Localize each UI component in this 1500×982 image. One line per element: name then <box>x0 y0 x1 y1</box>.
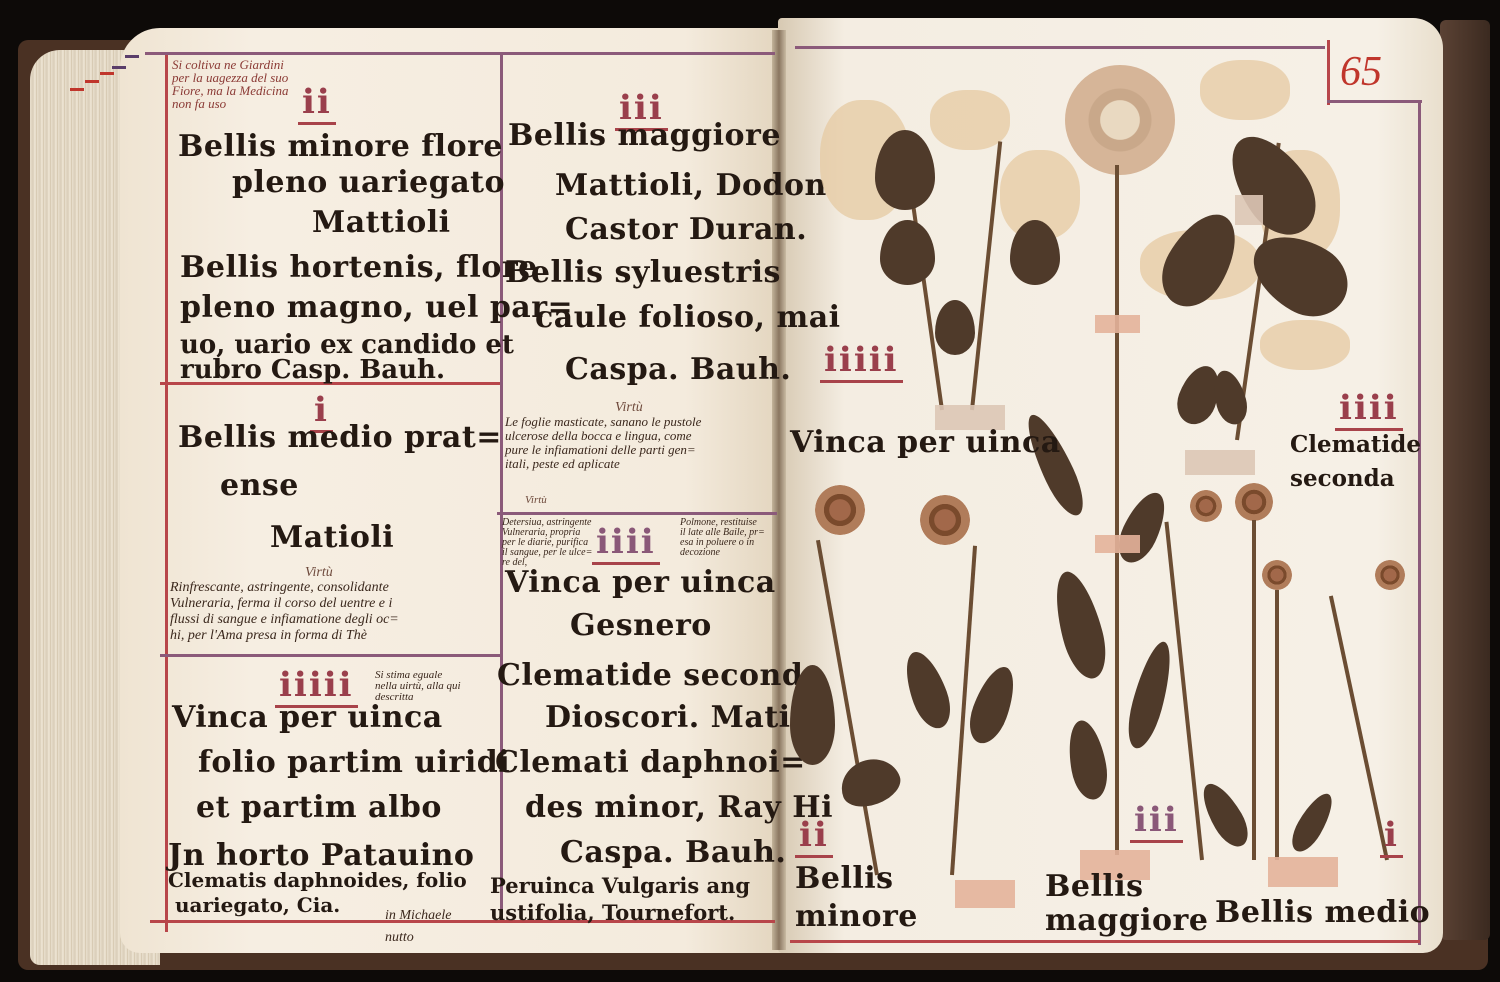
specimen-label: Vinca per uinca <box>790 425 1061 460</box>
daisy-flower-head <box>1262 560 1292 590</box>
authority: Mattioli, Dodon <box>555 168 827 203</box>
daisy-flower-head <box>1375 560 1405 590</box>
virtues-text: Rinfrescante, astringente, consolidante … <box>170 580 399 644</box>
virtues-text: Le foglie masticate, sanano le pustole u… <box>505 415 701 471</box>
entry-line: Vinca per uinca <box>505 565 776 600</box>
authority: uariegato, Cia. <box>175 893 340 917</box>
entry-line: Bellis maggiore <box>508 118 781 153</box>
top-rule <box>795 46 1325 49</box>
entry-line: Clematide seconda <box>497 658 823 693</box>
daisy-flower-head <box>1235 483 1273 521</box>
entry-line: pleno uariegato <box>232 165 505 200</box>
virtu-label: Virtù <box>305 565 333 581</box>
entry-divider <box>497 512 777 515</box>
specimen-label: Bellis maggiore <box>1045 870 1205 938</box>
daisy-flower-head <box>920 495 970 545</box>
plant-stain <box>1200 60 1290 120</box>
entry-line: Bellis syluestris <box>505 255 781 290</box>
page-edge-mark <box>70 88 84 91</box>
page-edge-mark <box>100 72 114 75</box>
authority: Caspa. Bauh. <box>565 352 791 387</box>
authority: Gesnero <box>570 608 712 643</box>
margin-rule <box>1418 100 1421 945</box>
entry-line: et partim albo <box>196 790 442 825</box>
virtues-text: Detersiua, astringente Vulneraria, propr… <box>502 518 592 568</box>
top-rule <box>145 52 775 55</box>
authority: ustifolia, Tournefort. <box>490 900 735 925</box>
entry-line: Bellis hortenis, flore <box>180 250 538 285</box>
mounting-tape <box>955 880 1015 908</box>
entry-line: caule folioso, mai <box>535 300 841 335</box>
specimen-number: ii <box>795 815 833 858</box>
specimen-label: Bellis minore <box>795 860 945 936</box>
bottom-rule <box>790 940 1420 943</box>
entry-number: iiii <box>592 522 660 565</box>
daisy-flower-head <box>1065 65 1175 175</box>
plant-stain <box>1260 320 1350 370</box>
page-number-box <box>1327 40 1330 105</box>
entry-line: Clemati daphnoi= <box>495 745 806 780</box>
entry-number: ii <box>298 82 336 125</box>
page-edge-mark <box>112 66 126 69</box>
page-number: 65 <box>1340 48 1382 96</box>
specimen-number: iii <box>1130 800 1183 843</box>
authority: Castor Duran. <box>565 212 807 247</box>
authority: rubro Casp. Bauh. <box>180 355 445 385</box>
footnote: in Michaele nutto <box>385 905 451 949</box>
mounting-tape <box>1095 535 1140 553</box>
entry-line: ense <box>220 468 299 503</box>
margin-rule <box>165 52 168 932</box>
entry-line: Clematis daphnoides, folio <box>168 868 467 892</box>
mounting-tape <box>1235 195 1263 225</box>
page-edge-mark <box>125 55 139 58</box>
authority: Mattioli <box>312 205 451 240</box>
specimen-number: iiii <box>1335 388 1403 431</box>
specimen-number: i <box>1380 815 1403 858</box>
plant-stem <box>1115 165 1119 855</box>
entry-line: folio partim uiridi <box>198 745 510 780</box>
mounting-tape <box>1185 450 1255 475</box>
daisy-flower-head <box>815 485 865 535</box>
plant-stem <box>1252 520 1256 860</box>
entry-line: pleno magno, uel par= <box>180 290 573 325</box>
entry-line: Bellis medio prat= <box>178 420 502 455</box>
authority: Matioli <box>270 520 394 555</box>
entry-line: Peruinca Vulgaris ang <box>490 873 750 898</box>
entry-line: Bellis minore flore <box>178 120 503 165</box>
side-note: Si stima eguale nella uirtù, alla qui de… <box>375 670 461 703</box>
authority: Caspa. Bauh. <box>560 835 786 870</box>
book-cover-edge <box>1440 20 1490 940</box>
specimen-label: Bellis medio <box>1215 895 1430 930</box>
virtu-label: Virtù <box>525 494 547 506</box>
entry-line: Vinca per uinca <box>172 700 443 735</box>
page-number-box <box>1327 100 1422 103</box>
cultivation-note: Si coltiva ne Giardini per la uagezza de… <box>172 58 289 110</box>
page-edge-mark <box>85 80 99 83</box>
daisy-flower-head <box>1190 490 1222 522</box>
specimen-label: Clematide seconda <box>1290 428 1410 496</box>
plant-stem <box>1275 590 1279 860</box>
entry-line: des minor, Ray Hi <box>525 790 833 825</box>
entry-divider <box>160 654 500 657</box>
virtues-text: Polmone, restituise il late alle Baile, … <box>680 518 765 558</box>
specimen-number: iiiii <box>820 340 903 383</box>
mounting-tape <box>1095 315 1140 333</box>
mounting-tape <box>1268 857 1338 887</box>
